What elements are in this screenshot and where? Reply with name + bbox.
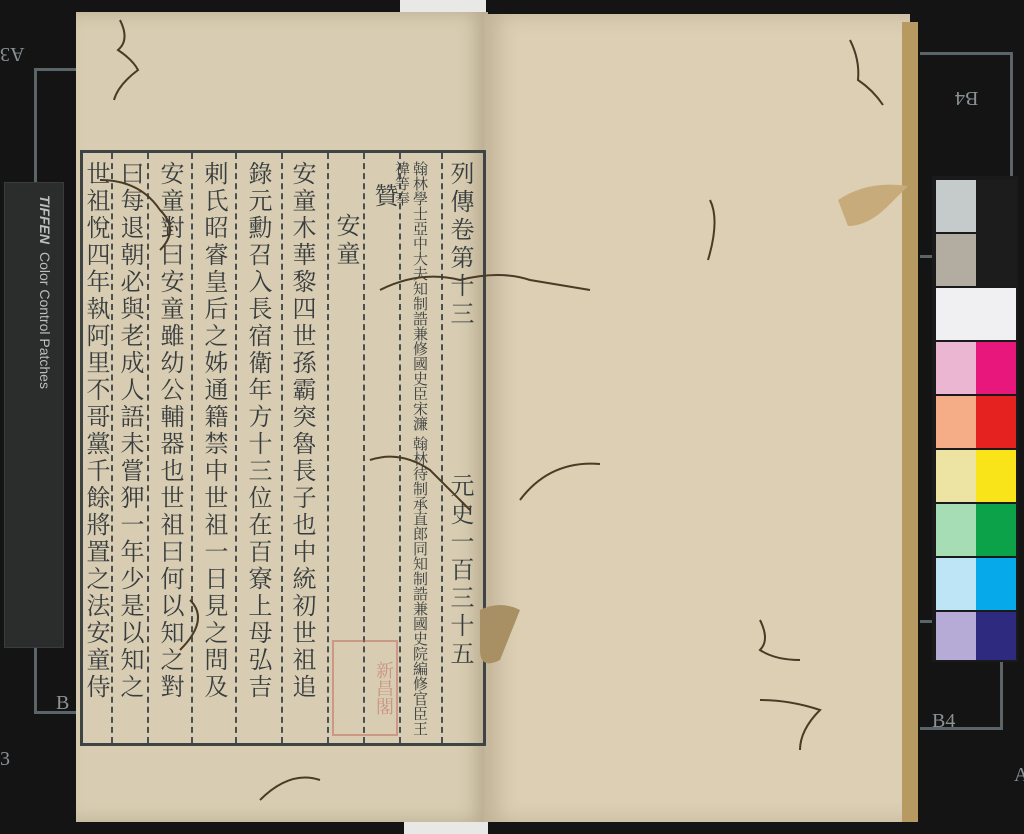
- patch-cyan: [976, 558, 1016, 610]
- patch-gray-light: [936, 180, 976, 232]
- patch-pink-light: [936, 342, 976, 394]
- patch-white: [936, 288, 1016, 340]
- binding-clip-bottom: [404, 822, 488, 834]
- patch-violet-light: [936, 612, 976, 660]
- color-control-chart: [932, 176, 1018, 662]
- patch-yellow: [976, 450, 1016, 502]
- patch-gray-mid: [936, 234, 976, 286]
- patch-cyan-light: [936, 558, 976, 610]
- patch-magenta: [976, 342, 1016, 394]
- patch-red: [976, 396, 1016, 448]
- patch-orange-light: [936, 396, 976, 448]
- patch-blue: [976, 612, 1016, 660]
- worm-damage: [0, 0, 1024, 834]
- patch-green: [976, 504, 1016, 556]
- patch-yellow-light: [936, 450, 976, 502]
- patch-green-light: [936, 504, 976, 556]
- binding-clip-top: [400, 0, 486, 12]
- patch-black: [976, 180, 1016, 286]
